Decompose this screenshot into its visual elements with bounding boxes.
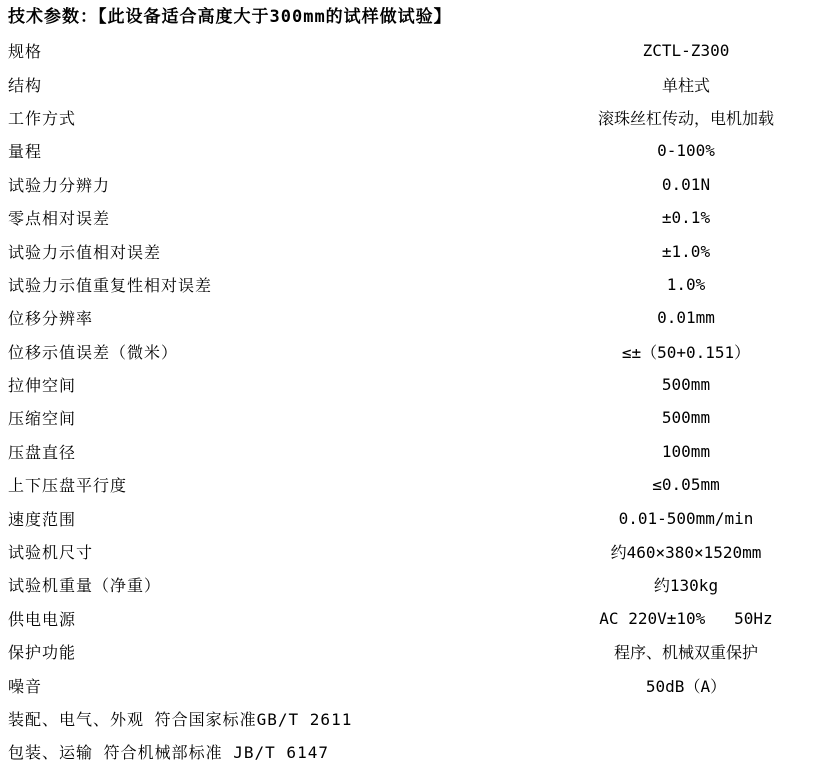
spec-row: 工作方式 滚珠丝杠传动，电机加载 [8,101,826,134]
spec-row: 拉伸空间 500mm [8,368,826,401]
spec-row: 试验力分辨力 0.01N [8,168,826,201]
spec-value: 0-100% [546,141,826,160]
spec-label: 压缩空间 [8,406,76,429]
spec-label: 保护功能 [8,640,76,663]
spec-label: 试验力分辨力 [8,173,110,196]
spec-label: 试验力示值重复性相对误差 [8,273,212,296]
spec-label: 位移分辨率 [8,306,93,329]
spec-label: 零点相对误差 [8,206,110,229]
spec-row: 保护功能 程序、机械双重保护 [8,635,826,668]
spec-value: ZCTL-Z300 [546,41,826,60]
spec-label: 噪音 [8,674,42,697]
spec-row: 结构 单柱式 [8,67,826,100]
spec-value: 0.01mm [546,308,826,327]
spec-row: 试验机尺寸 约460×380×1520mm [8,535,826,568]
spec-row: 试验力示值相对误差 ±1.0% [8,234,826,267]
spec-label: 规格 [8,39,42,62]
spec-row: 量程 0-100% [8,134,826,167]
spec-value: 0.01N [546,175,826,194]
spec-label: 速度范围 [8,507,76,530]
spec-value: 50dB（A） [546,674,826,697]
spec-value: ±0.1% [546,208,826,227]
page: { "title": "技术参数：【此设备适合高度大于300mm的试样做试验】"… [0,0,834,768]
spec-label: 试验力示值相对误差 [8,240,161,263]
spec-value: 约130kg [546,573,826,596]
spec-label: 工作方式 [8,106,76,129]
spec-value: 约460×380×1520mm [546,540,826,563]
spec-value: ≤0.05mm [546,475,826,494]
standards-line-assembly: 装配、电气、外观 符合国家标准GB/T 2611 [8,702,826,735]
spec-label: 上下压盘平行度 [8,473,127,496]
spec-label: 量程 [8,139,42,162]
page-title: 技术参数：【此设备适合高度大于300mm的试样做试验】 [8,5,826,34]
spec-value: ±1.0% [546,242,826,261]
spec-label: 拉伸空间 [8,373,76,396]
spec-label: 试验机重量（净重） [8,573,161,596]
spec-value: AC 220V±10% 50Hz [546,609,826,628]
spec-value: 100mm [546,442,826,461]
spec-row: 供电电源 AC 220V±10% 50Hz [8,602,826,635]
spec-label: 结构 [8,73,42,96]
spec-value: 滚珠丝杠传动，电机加载 [546,106,826,129]
spec-value: 0.01-500mm/min [546,509,826,528]
spec-row: 试验机重量（净重） 约130kg [8,568,826,601]
spec-row: 压缩空间 500mm [8,401,826,434]
spec-label: 供电电源 [8,607,76,630]
spec-value: 程序、机械双重保护 [546,640,826,663]
spec-row: 试验力示值重复性相对误差 1.0% [8,268,826,301]
spec-row: 位移分辨率 0.01mm [8,301,826,334]
standards-line-packaging: 包装、运输 符合机械部标准 JB/T 6147 [8,735,826,768]
spec-value: 单柱式 [546,73,826,96]
spec-row: 位移示值误差（微米） ≤±（50+0.151） [8,335,826,368]
spec-row: 零点相对误差 ±0.1% [8,201,826,234]
spec-label: 压盘直径 [8,440,76,463]
spec-value: ≤±（50+0.151） [546,340,826,363]
spec-row: 速度范围 0.01-500mm/min [8,501,826,534]
spec-row: 噪音 50dB（A） [8,668,826,701]
spec-row: 压盘直径 100mm [8,435,826,468]
spec-row: 上下压盘平行度 ≤0.05mm [8,468,826,501]
spec-value: 500mm [546,408,826,427]
spec-label: 位移示值误差（微米） [8,340,178,363]
spec-label: 试验机尺寸 [8,540,93,563]
spec-table: 规格 ZCTL-Z300 结构 单柱式 工作方式 滚珠丝杠传动，电机加载 量程 … [8,34,826,702]
spec-row: 规格 ZCTL-Z300 [8,34,826,67]
spec-value: 500mm [546,375,826,394]
spec-value: 1.0% [546,275,826,294]
